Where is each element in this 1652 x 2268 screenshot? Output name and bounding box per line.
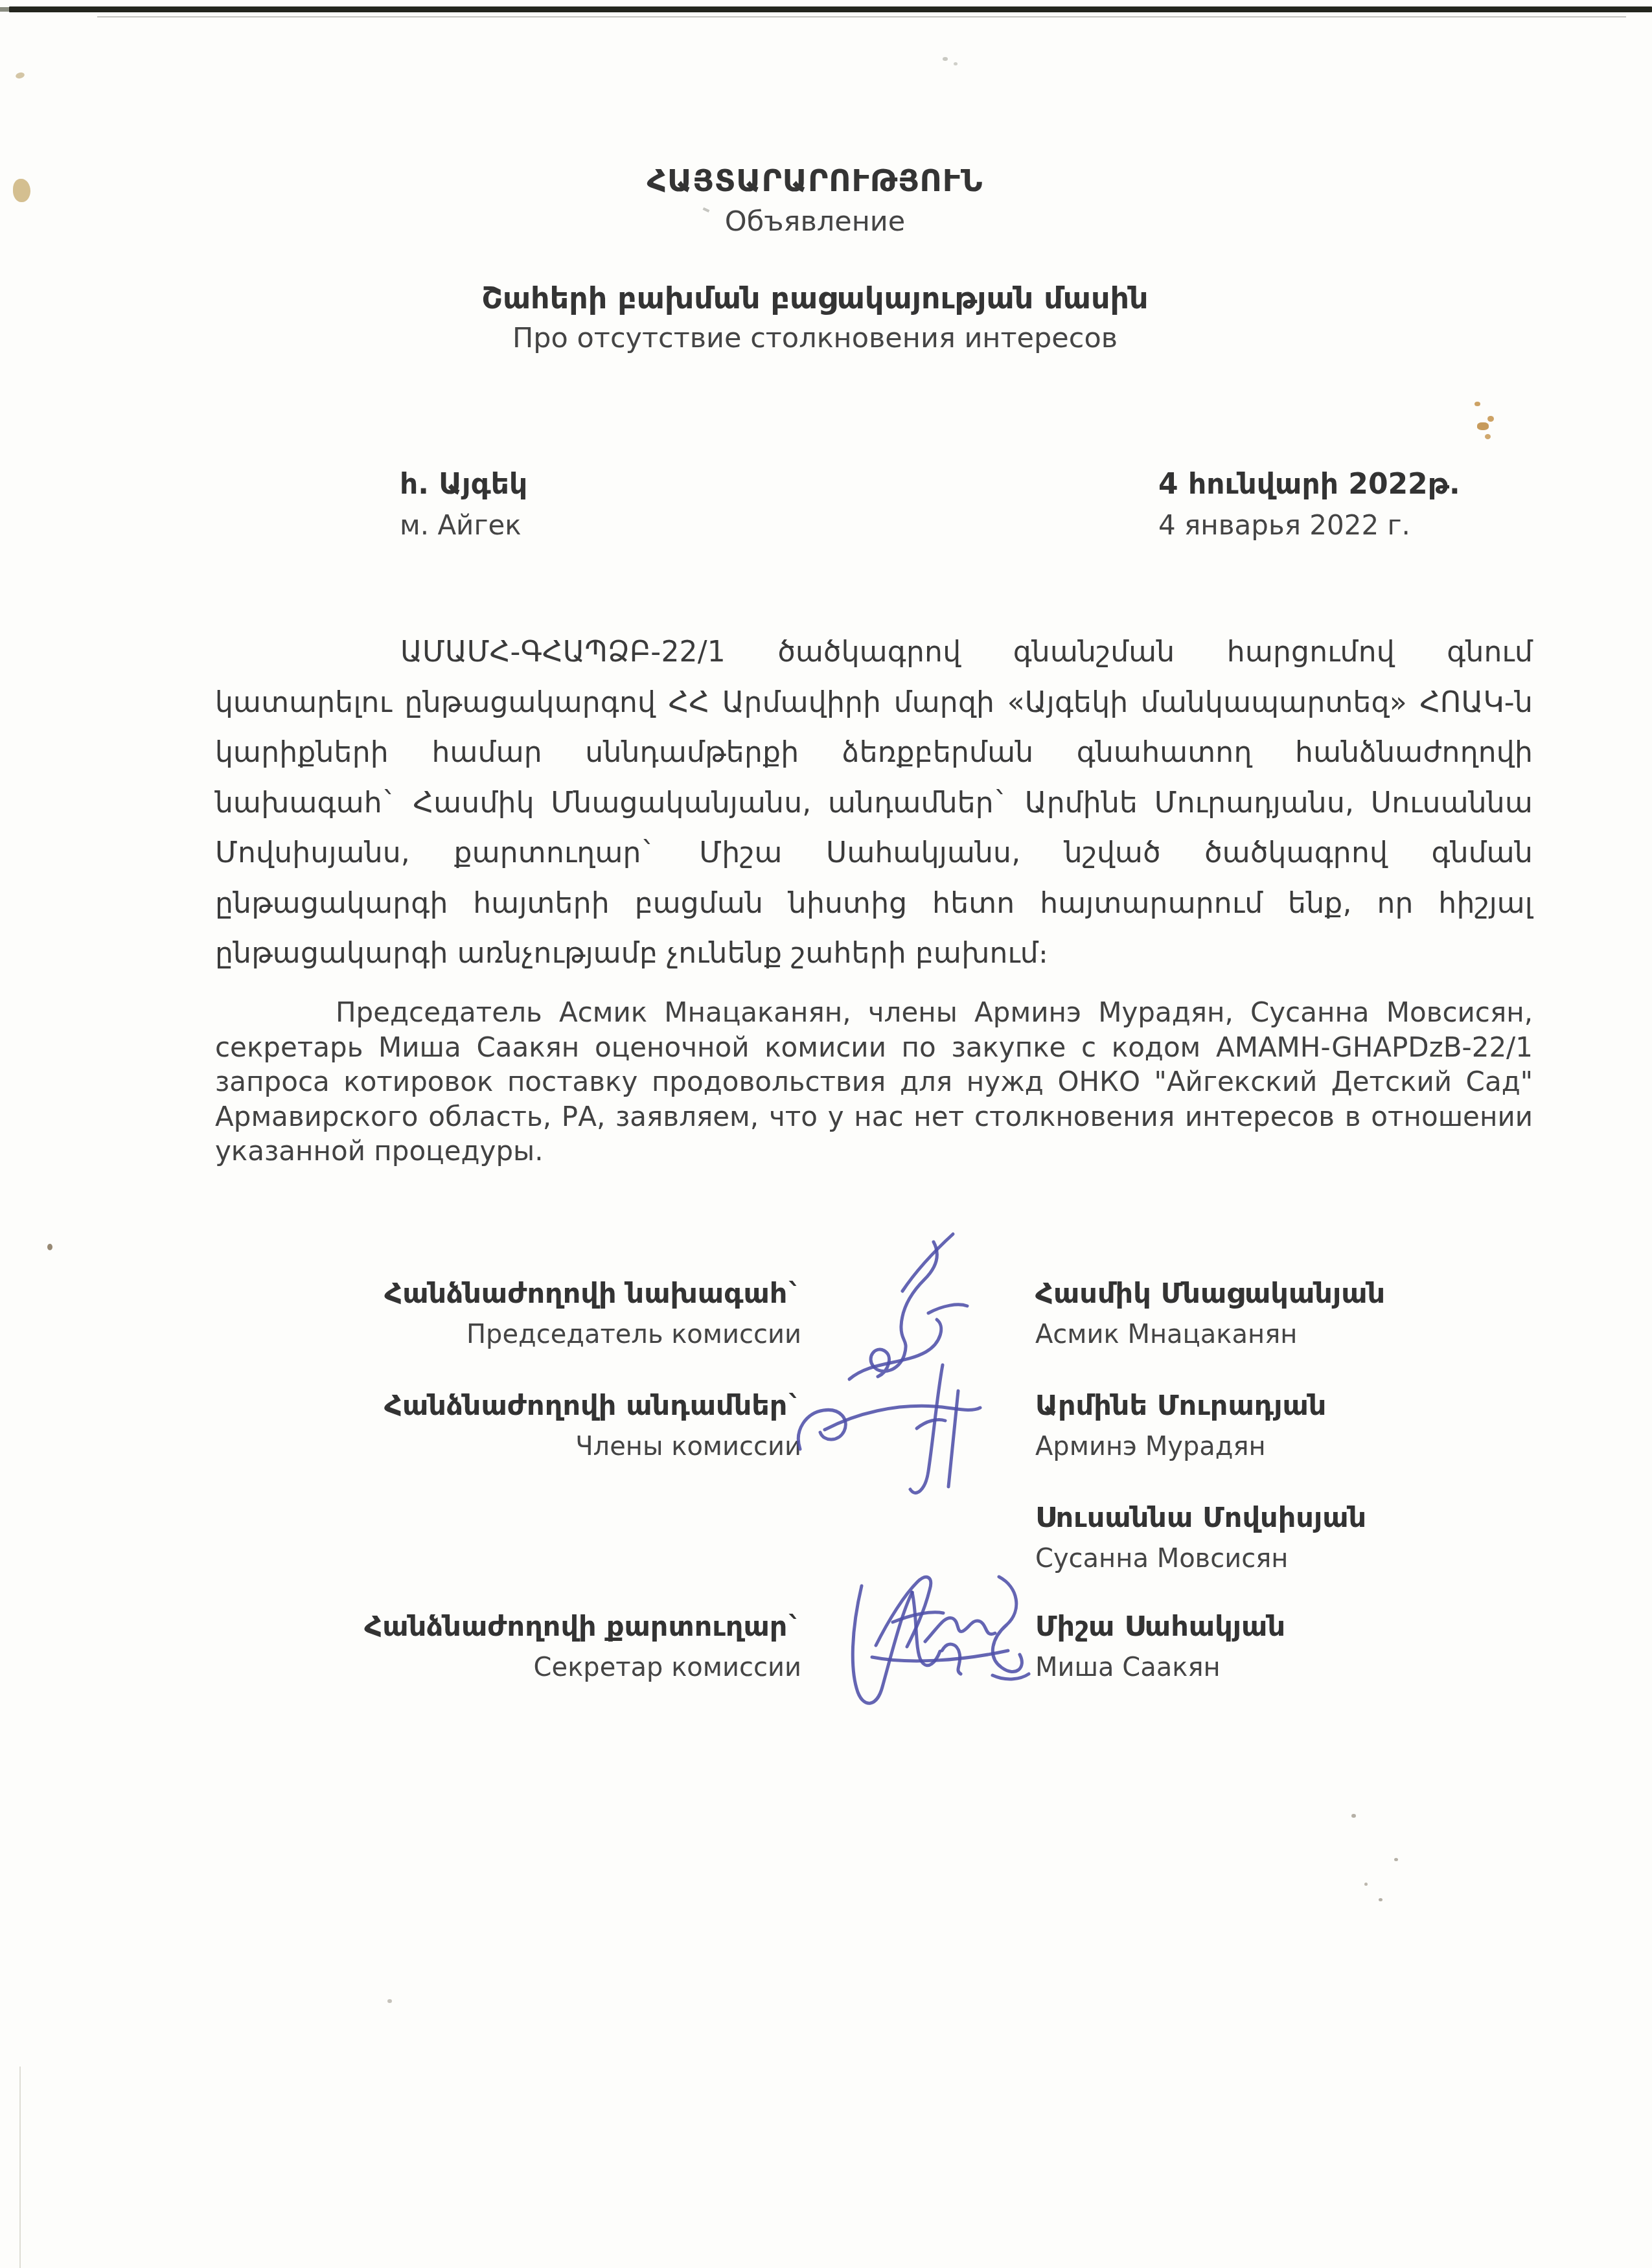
paper-speck (387, 1999, 392, 2003)
scan-edge-bar (9, 6, 1652, 12)
signer-name-armenian: Հասմիկ Մնացականյան (1035, 1277, 1385, 1310)
title-russian: Объявление (0, 205, 1630, 238)
paper-speck (15, 71, 25, 79)
paper-speck (1394, 1858, 1398, 1861)
paper-speck (943, 57, 948, 61)
signer-name-block: Միշա Սահակյան Миша Саакян (1035, 1610, 1285, 1682)
signer-name-block: Հասմիկ Մնացականյան Асмик Мнацаканян (1035, 1277, 1385, 1349)
subject-armenian: Շահերի բախման բացակայության մասին (0, 281, 1630, 315)
paper-speck (1351, 1814, 1356, 1818)
signer-name-armenian: Սուսաննա Մովսիսյան (1035, 1502, 1366, 1534)
place-armenian: հ. Այգեկ (400, 468, 527, 501)
title-armenian: ՀԱՅՏԱՐԱՐՈՒԹՅՈՒՆ (0, 163, 1630, 199)
role-label-armenian: Հանձնաժողովի քարտուղար` (215, 1610, 801, 1643)
place-russian: м. Айгек (400, 509, 527, 541)
scan-edge-line (97, 16, 1626, 17)
paper-speck (1485, 434, 1491, 439)
document-header: ՀԱՅՏԱՐԱՐՈՒԹՅՈՒՆ Объявление Շահերի բախման… (0, 163, 1630, 354)
role-block: Հանձնաժողովի նախագահ` Председатель комис… (215, 1277, 801, 1349)
place-block: հ. Այգեկ м. Айгек (400, 468, 527, 541)
paper-speck (1474, 402, 1480, 406)
role-label-armenian: Հանձնաժողովի նախագահ` (215, 1277, 801, 1310)
signer-name-russian: Арминэ Мурадян (1035, 1432, 1326, 1461)
role-block: Հանձնաժողովի անդամներ` Члены комиссии (215, 1390, 801, 1461)
signer-name-armenian: Միշա Սահակյան (1035, 1610, 1285, 1643)
signature-ink-secretary (831, 1553, 1044, 1724)
date-armenian: 4 հունվարի 2022թ. (1158, 468, 1460, 501)
declaration-paragraph-russian: Председатель Асмик Мнацаканян, члены Арм… (215, 995, 1533, 1169)
paper-speck (1379, 1898, 1382, 1901)
declaration-paragraph-armenian: ԱՄԱՄՀ-ԳՀԱՊՁԲ-22/1 ծածկագրով գնանշման հար… (215, 627, 1533, 979)
signer-name-russian: Миша Саакян (1035, 1653, 1285, 1682)
role-label-russian: Председатель комиссии (215, 1320, 801, 1349)
signer-name-russian: Асмик Мнацаканян (1035, 1320, 1385, 1349)
date-russian: 4 январья 2022 г. (1158, 509, 1460, 541)
role-label-armenian: Հանձնաժողովի անդամներ` (215, 1390, 801, 1422)
scanned-document-page: ՀԱՅՏԱՐԱՐՈՒԹՅՈՒՆ Объявление Շահերի բախման… (0, 0, 1652, 2268)
subject-russian: Про отсутствие столкновения интересов (0, 322, 1630, 354)
role-label-russian: Секретар комиссии (215, 1653, 801, 1682)
scan-edge-bar-left (0, 7, 9, 12)
paper-speck (954, 62, 958, 65)
paper-speck (1487, 416, 1494, 422)
date-block: 4 հունվարի 2022թ. 4 январья 2022 г. (1158, 468, 1460, 541)
signer-name-russian: Сусанна Мовсисян (1035, 1544, 1366, 1574)
paper-speck (47, 1244, 52, 1250)
scan-fold-line (19, 2067, 21, 2268)
role-label-russian: Члены комиссии (215, 1432, 801, 1461)
signature-ink-member-1 (787, 1351, 988, 1506)
paper-speck (1477, 422, 1489, 430)
signer-name-block: Սուսաննա Մովսիսյան Сусанна Мовсисян (1035, 1502, 1366, 1574)
signer-name-block: Արմինե Մուրադյան Арминэ Мурадян (1035, 1390, 1326, 1461)
signer-name-armenian: Արմինե Մուրադյան (1035, 1390, 1326, 1422)
role-block: Հանձնաժողովի քարտուղար` Секретар комисси… (215, 1610, 801, 1682)
paper-speck (1364, 1883, 1368, 1886)
